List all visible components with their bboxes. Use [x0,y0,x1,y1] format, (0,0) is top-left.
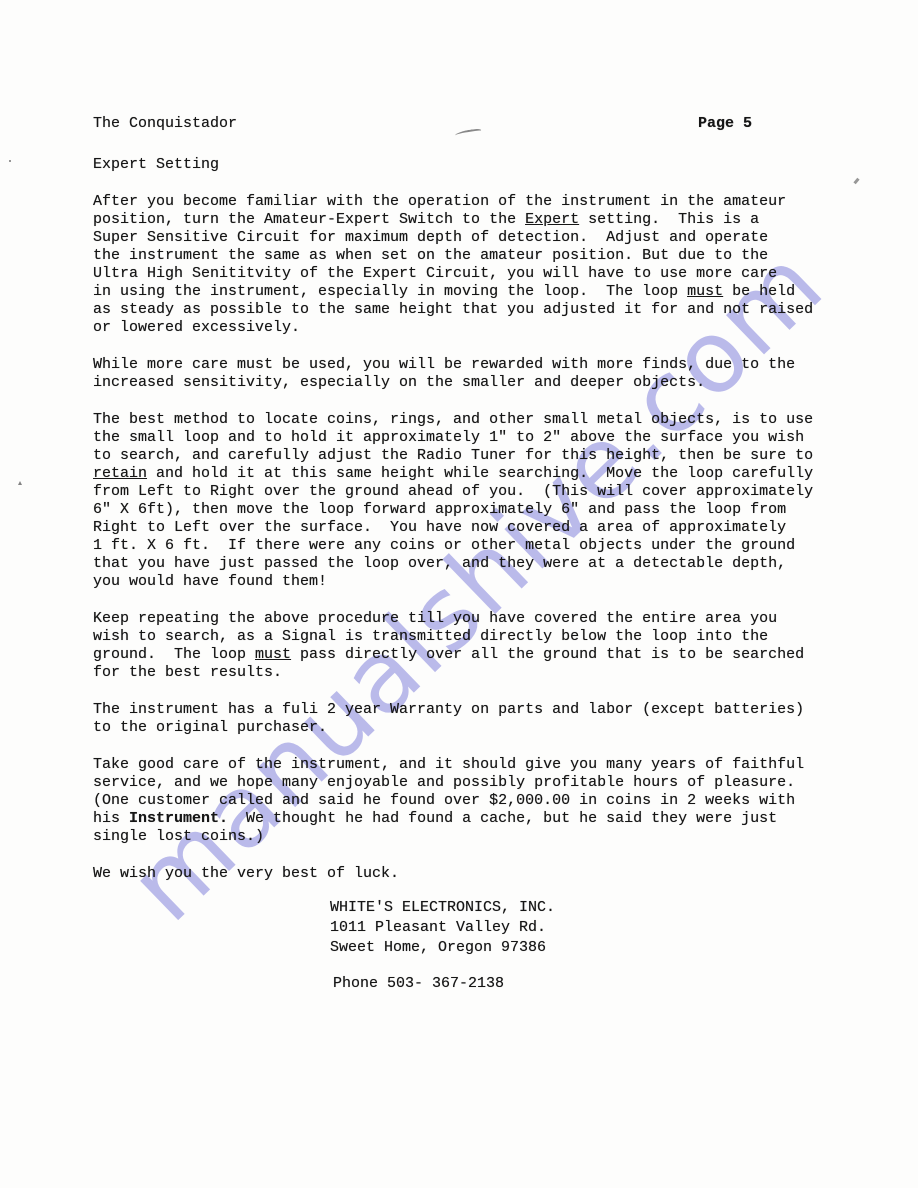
scan-speck [853,178,859,185]
document-content: The Conquistador Page 5 Expert Setting A… [0,0,835,993]
document-title: The Conquistador [93,115,237,133]
phone-line: Phone 503- 367-2138 [333,975,835,993]
company-street: 1011 Pleasant Valley Rd. [330,918,835,938]
paragraph: The best method to locate coins, rings, … [93,411,835,591]
paragraph: We wish you the very best of luck. [93,865,835,883]
page-number: Page 5 [698,115,752,133]
company-name: WHITE'S ELECTRONICS, INC. [330,898,835,918]
company-city-state-zip: Sweet Home, Oregon 97386 [330,938,835,958]
paragraph: Keep repeating the above procedure till … [93,610,835,682]
body-paragraphs: After you become familiar with the opera… [93,193,835,883]
document-page: manualshive.com The Conquistador Page 5 … [0,0,918,1188]
company-address-block: WHITE'S ELECTRONICS, INC. 1011 Pleasant … [330,898,835,958]
section-title: Expert Setting [93,156,835,174]
page-header: The Conquistador Page 5 [93,115,752,133]
paragraph: The instrument has a fuli 2 year Warrant… [93,701,835,737]
paragraph: Take good care of the instrument, and it… [93,756,835,846]
paragraph: After you become familiar with the opera… [93,193,835,337]
paragraph: While more care must be used, you will b… [93,356,835,392]
